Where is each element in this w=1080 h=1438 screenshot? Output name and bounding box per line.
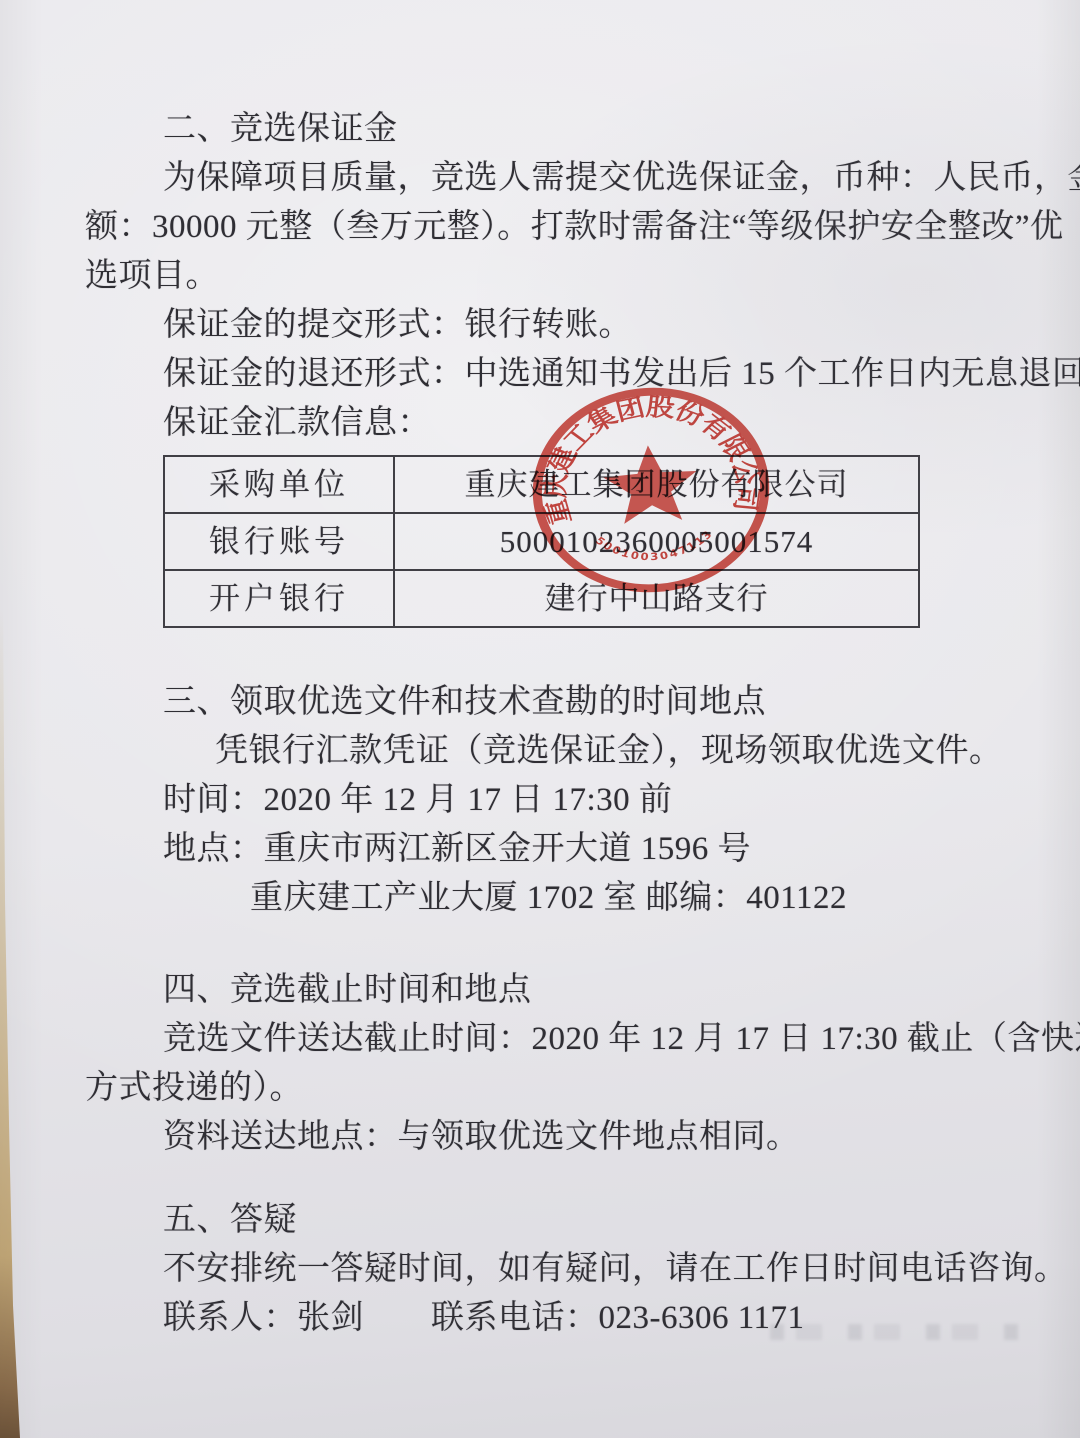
deposit-refund-form-line: 保证金的退还形式：中选通知书发出后 15 个工作日内无息退回。 <box>85 350 1022 399</box>
section-3-heading: 三、领取优选文件和技术查勘的时间地点 <box>85 678 1022 727</box>
deadline-line-1: 竞选文件送达截止时间：2020 年 12 月 17 日 17:30 截止（含快递 <box>85 1015 1022 1064</box>
document-page: 二、竞选保证金 为保障项目质量，竞选人需提交优选保证金，币种：人民币，金 额：3… <box>0 0 1080 1438</box>
table-row-bank: 开户银行 建行中山路支行 <box>164 570 919 627</box>
row-label-bank: 开户银行 <box>164 570 394 627</box>
pickup-time-line: 时间：2020 年 12 月 17 日 17:30 前 <box>85 776 1022 825</box>
pickup-instruction-line: 凭银行汇款凭证（竞选保证金），现场领取优选文件。 <box>85 727 1022 776</box>
pickup-address-line-2: 重庆建工产业大厦 1702 室 邮编：401122 <box>85 874 1022 923</box>
section-4-heading: 四、竞选截止时间和地点 <box>85 966 1022 1015</box>
section-2-heading: 二、竞选保证金 <box>85 105 1022 154</box>
row-value-account: 5000102360005001574 <box>394 513 919 570</box>
table-row-account: 银行账号 5000102360005001574 <box>164 513 919 570</box>
delivery-address-line: 资料送达地点：与领取优选文件地点相同。 <box>85 1113 1022 1162</box>
row-label-account: 银行账号 <box>164 513 394 570</box>
deposit-paragraph-line-3: 选项目。 <box>85 252 1022 301</box>
deposit-submit-form-line: 保证金的提交形式：银行转账。 <box>85 301 1022 350</box>
remittance-info-label: 保证金汇款信息： <box>85 399 1022 448</box>
section-5-heading: 五、答疑 <box>85 1196 1022 1245</box>
deadline-line-2: 方式投递的）。 <box>85 1064 1022 1113</box>
bleed-through-marks <box>770 1324 1025 1340</box>
document-body: 二、竞选保证金 为保障项目质量，竞选人需提交优选保证金，币种：人民币，金 额：3… <box>0 0 1080 1343</box>
table-row-purchaser: 采购单位 重庆建工集团股份有限公司 <box>164 456 919 513</box>
deposit-paragraph-line-1: 为保障项目质量，竞选人需提交优选保证金，币种：人民币，金 <box>85 154 1022 203</box>
qa-policy-line: 不安排统一答疑时间，如有疑问，请在工作日时间电话咨询。 <box>85 1245 1022 1294</box>
row-label-purchaser: 采购单位 <box>164 456 394 513</box>
deposit-paragraph-line-2: 额：30000 元整（叁万元整）。打款时需备注“等级保护安全整改”优 <box>85 203 1022 252</box>
row-value-bank: 建行中山路支行 <box>394 570 919 627</box>
pickup-address-line-1: 地点：重庆市两江新区金开大道 1596 号 <box>85 825 1022 874</box>
remittance-info-table: 采购单位 重庆建工集团股份有限公司 银行账号 50001023600050015… <box>163 455 920 628</box>
row-value-purchaser: 重庆建工集团股份有限公司 <box>394 456 919 513</box>
